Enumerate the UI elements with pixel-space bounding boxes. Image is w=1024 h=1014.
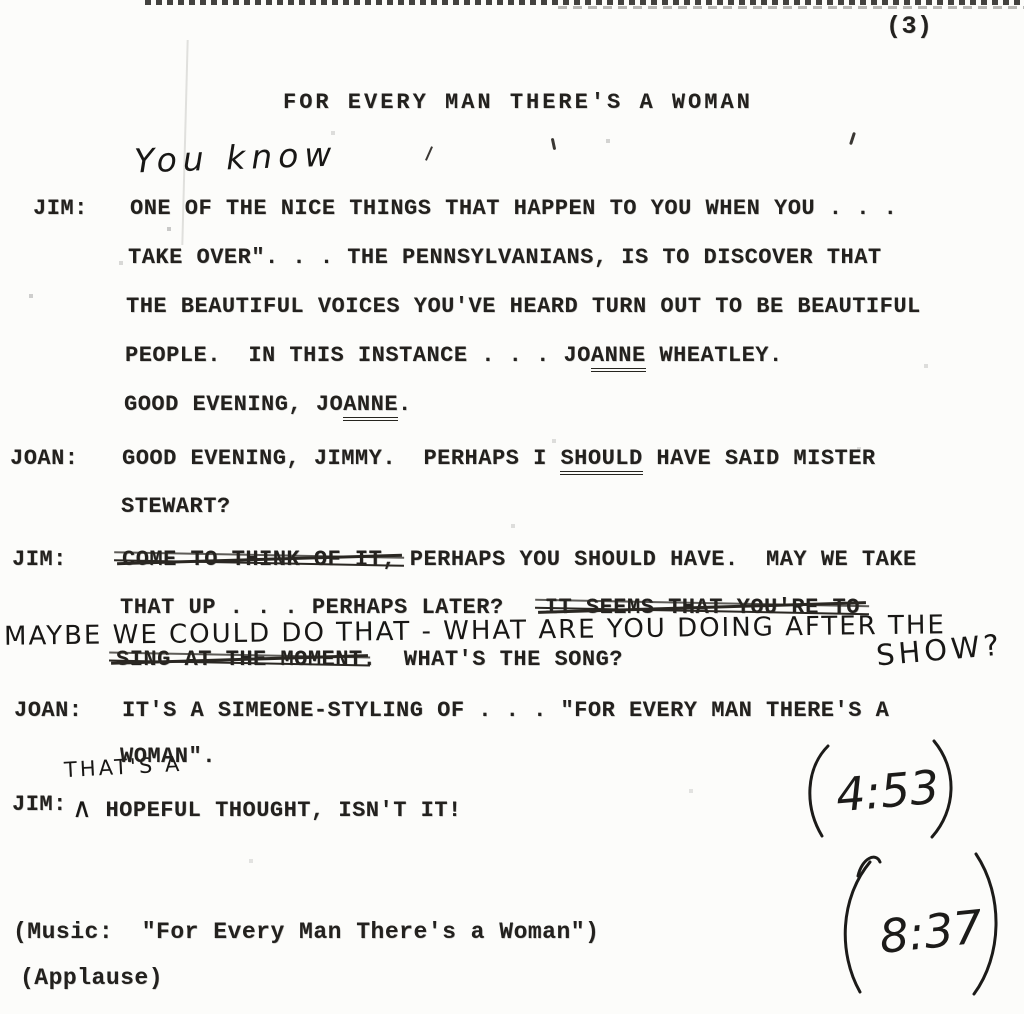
dialogue-text: GOOD EVENING, JIMMY. PERHAPS I SHOULD HA… <box>122 446 876 471</box>
time-total-text: 8:37 <box>877 899 985 964</box>
speaker-label: JOAN: <box>10 446 79 471</box>
text-segment: WHEATLEY. <box>646 343 783 368</box>
speaker-label: JIM: <box>33 196 88 221</box>
dialogue-text: THE BEAUTIFUL VOICES YOU'VE HEARD TURN O… <box>126 294 921 319</box>
dialogue-line: JIM:COME TO THINK OF IT, PERHAPS YOU SHO… <box>0 547 1024 579</box>
handwritten-time-8-37: 8:37 <box>818 848 1014 998</box>
handwritten-you-know: You know <box>133 134 338 180</box>
speaker-label: JOAN: <box>14 698 83 723</box>
speaker-label: JIM: <box>12 547 67 572</box>
text-segment: PEOPLE. IN THIS INSTANCE . . . JO <box>125 343 591 368</box>
text-segment: STEWART? <box>121 494 231 519</box>
text-segment: GOOD EVENING, JIMMY. PERHAPS I <box>122 446 560 471</box>
dialogue-text: TAKE OVER". . . THE PENNSYLVANIANS, IS T… <box>128 245 882 270</box>
scan-stray-mark <box>425 146 433 161</box>
dialogue-text: STEWART? <box>121 494 231 519</box>
dialogue-line: GOOD EVENING, JOANNE. <box>0 392 1024 424</box>
dialogue-text: WOMAN". <box>120 744 216 769</box>
struck-text: SING AT THE MOMENT <box>116 647 363 672</box>
dialogue-line: JOAN:IT'S A SIMEONE-STYLING OF . . . "FO… <box>0 698 1024 730</box>
text-segment: THAT UP . . . PERHAPS LATER? <box>120 595 545 620</box>
dialogue-text: COME TO THINK OF IT, PERHAPS YOU SHOULD … <box>122 547 917 572</box>
text-segment: HAVE SAID MISTER <box>643 446 876 471</box>
hand-paren-left <box>810 746 828 836</box>
struck-text: COME TO THINK OF IT, <box>122 547 396 572</box>
dialogue-text: ONE OF THE NICE THINGS THAT HAPPEN TO YO… <box>130 196 897 221</box>
dialogue-line: TAKE OVER". . . THE PENNSYLVANIANS, IS T… <box>0 245 1024 277</box>
dialogue-line: STEWART? <box>0 494 1024 526</box>
dialogue-text: THAT UP . . . PERHAPS LATER? IT SEEMS TH… <box>120 595 860 620</box>
dialogue-text: IT'S A SIMEONE-STYLING OF . . . "FOR EVE… <box>122 698 889 723</box>
text-segment: TAKE OVER". . . THE PENNSYLVANIANS, IS T… <box>128 245 882 270</box>
dialogue-line: JIM:ONE OF THE NICE THINGS THAT HAPPEN T… <box>0 196 1024 228</box>
dialogue-line: JOAN:GOOD EVENING, JIMMY. PERHAPS I SHOU… <box>0 446 1024 478</box>
page-title: FOR EVERY MAN THERE'S A WOMAN <box>283 90 753 115</box>
text-segment: HOPEFUL THOUGHT, ISN'T IT! <box>92 798 462 823</box>
text-segment: . WHAT'S THE SONG? <box>363 647 623 672</box>
dialogue-text: SING AT THE MOMENT. WHAT'S THE SONG? <box>116 647 623 672</box>
text-segment: WOMAN". <box>120 744 216 769</box>
time-song-text: 4:53 <box>834 760 942 823</box>
scan-artifact-top-edge-2 <box>558 6 1024 9</box>
stage-direction-music: (Music: "For Every Man There's a Woman") <box>13 919 599 945</box>
text-segment: GOOD EVENING, JO <box>124 392 343 417</box>
text-segment: THE BEAUTIFUL VOICES YOU'VE HEARD TURN O… <box>126 294 921 319</box>
handwritten-caret-icon: ∧ <box>72 793 92 824</box>
hand-paren-left <box>845 862 870 992</box>
dialogue-text: GOOD EVENING, JOANNE. <box>124 392 412 417</box>
handwritten-time-4-53: 4:53 <box>786 738 968 840</box>
scan-speckles <box>0 0 2 2</box>
underlined-text: ANNE <box>343 392 398 421</box>
dialogue-line: PEOPLE. IN THIS INSTANCE . . . JOANNE WH… <box>0 343 1024 375</box>
scan-stray-mark <box>849 132 856 145</box>
dialogue-line: THE BEAUTIFUL VOICES YOU'VE HEARD TURN O… <box>0 294 1024 326</box>
text-segment: PERHAPS YOU SHOULD HAVE. MAY WE TAKE <box>396 547 917 572</box>
speaker-label: JIM: <box>12 792 67 817</box>
underlined-text: ANNE <box>591 343 646 372</box>
struck-text: IT SEEMS THAT YOU'RE TO <box>545 595 860 620</box>
page-number: (3) <box>886 12 933 41</box>
dialogue-line: SING AT THE MOMENT. WHAT'S THE SONG? <box>0 647 1024 679</box>
scan-artifact-top-edge <box>145 0 1024 5</box>
dialogue-line: THAT UP . . . PERHAPS LATER? IT SEEMS TH… <box>0 595 1024 627</box>
dialogue-text: PEOPLE. IN THIS INSTANCE . . . JOANNE WH… <box>125 343 783 368</box>
text-segment: ONE OF THE NICE THINGS THAT HAPPEN TO YO… <box>130 196 897 221</box>
scan-stray-mark <box>551 138 556 150</box>
script-page: (3) FOR EVERY MAN THERE'S A WOMAN You kn… <box>0 0 1024 1014</box>
dialogue-text: ∧ HOPEFUL THOUGHT, ISN'T IT! <box>72 792 462 823</box>
stage-direction-applause: (Applause) <box>20 965 163 991</box>
underlined-text: SHOULD <box>560 446 642 475</box>
text-segment: . <box>398 392 412 417</box>
text-segment: IT'S A SIMEONE-STYLING OF . . . "FOR EVE… <box>122 698 889 723</box>
